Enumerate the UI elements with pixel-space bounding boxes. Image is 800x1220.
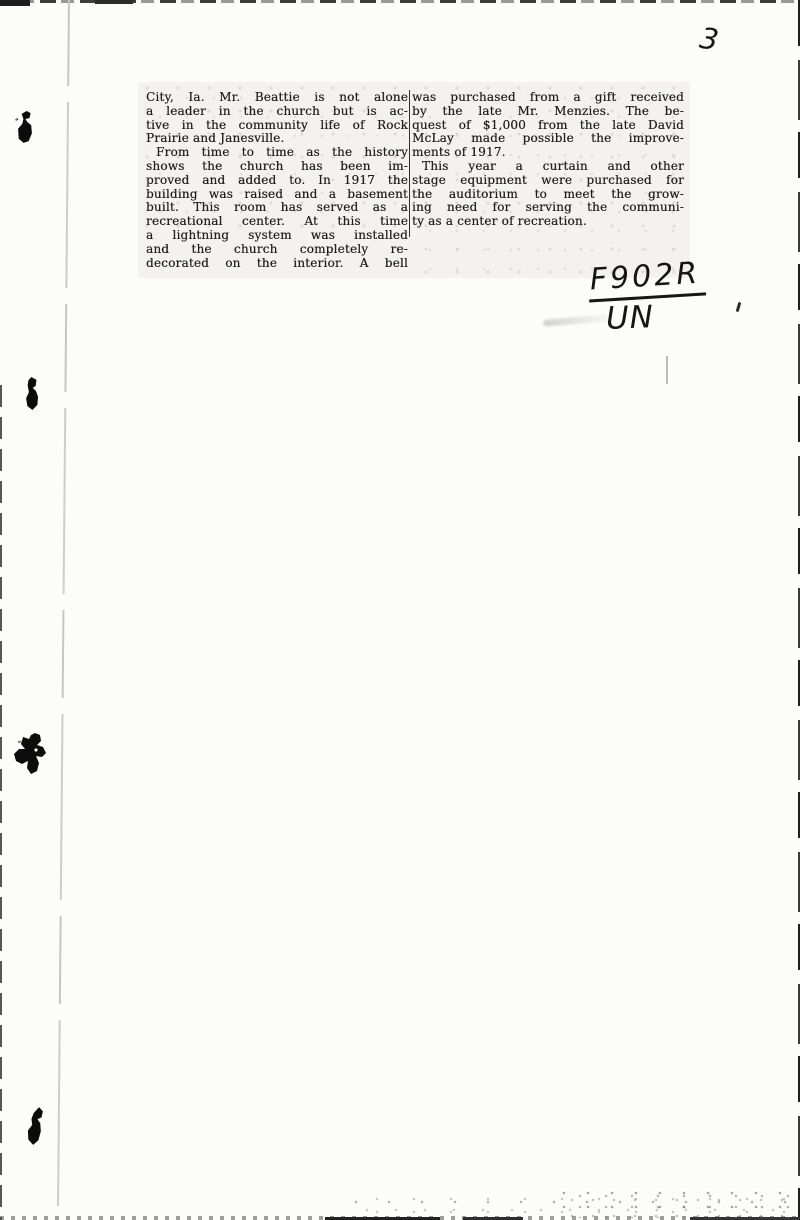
handwritten-page-number: 3 [697, 21, 721, 57]
faint-vertical-stray-line [666, 356, 668, 384]
clipping-text-line: From time to time as the history [146, 146, 408, 160]
ink-blot-icon [13, 733, 47, 779]
clipping-text-line: stage equipment were purchased for [412, 174, 684, 188]
clipping-text-line: built. This room has served as a [146, 201, 408, 215]
clipping-text-line: shows the church has been im- [146, 160, 408, 174]
stray-pen-tick-mark [736, 302, 742, 312]
scanned-document-page: 3 City, Ia. Mr. Beattie is not alone a l… [0, 0, 800, 1220]
clipping-column-divider [409, 90, 410, 237]
pencil-smudge [543, 314, 609, 327]
ink-blot-icon [23, 377, 40, 414]
clipping-text-line: by the late Mr. Menzies. The be- [412, 105, 684, 119]
clipping-text-line: was purchased from a gift received [412, 91, 684, 105]
clipping-text-line: ty as a center of recreation. [412, 215, 684, 229]
clipping-column-right: was purchased from a gift received by th… [412, 91, 684, 229]
clipping-text-line: ments of 1917. [412, 146, 684, 160]
clipping-text-line: City, Ia. Mr. Beattie is not alone [146, 91, 408, 105]
handwritten-archive-code-line2: UN [605, 299, 654, 337]
scan-edge-top-left-corner [0, 0, 30, 6]
clipping-text-line: ing need for serving the communi- [412, 201, 684, 215]
scan-noise-speckle [560, 1188, 800, 1218]
clipping-text-line: a lightning system was installed [146, 229, 408, 243]
clipping-text-line: proved and added to. In 1917 the [146, 174, 408, 188]
ink-blot-icon [13, 110, 38, 153]
handwritten-archive-code: F902R [587, 255, 707, 302]
clipping-column-left: City, Ia. Mr. Beattie is not alone a lea… [146, 91, 408, 270]
clipping-text-line: Prairie and Janesville. [146, 132, 408, 146]
clipping-text-line: McLay made possible the improve- [412, 132, 684, 146]
clipping-text-line: recreational center. At this time [146, 215, 408, 229]
clipping-text-line: decorated on the interior. A bell [146, 257, 408, 271]
clipping-text-line: tive in the community life of Rock [146, 119, 408, 133]
scan-edge-left [0, 385, 2, 1220]
ink-blot-icon [25, 1107, 45, 1150]
clipping-text-line: building was raised and a basement [146, 188, 408, 202]
page-fold-line [57, 0, 70, 1220]
clipping-text-line: This year a curtain and other [412, 160, 684, 174]
clipping-text-line: quest of $1,000 from the late David [412, 119, 684, 133]
clipping-text-line: the auditorium to meet the grow- [412, 188, 684, 202]
scan-edge-top-segment [95, 0, 133, 4]
clipping-text-line: and the church completely re- [146, 243, 408, 257]
clipping-text-line: a leader in the church but is ac- [146, 105, 408, 119]
